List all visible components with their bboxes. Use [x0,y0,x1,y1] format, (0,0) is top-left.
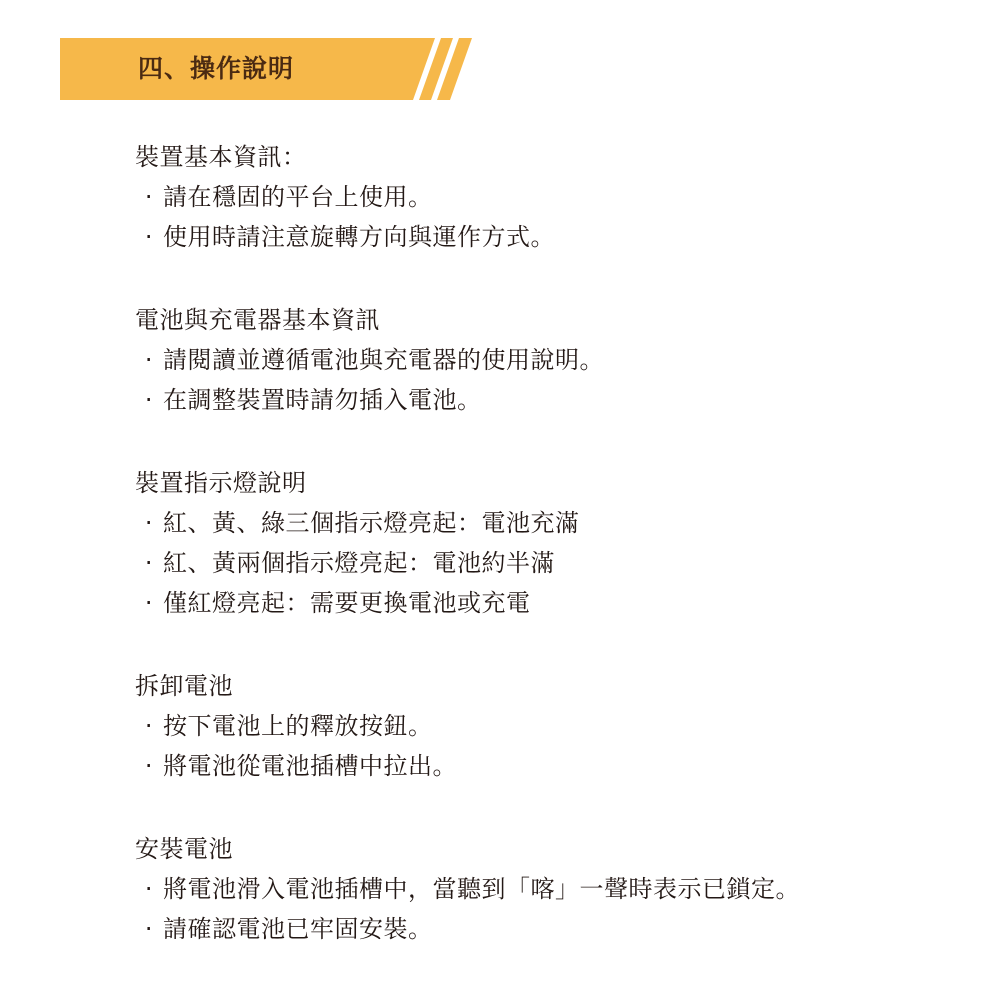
list-item: · 紅、黃兩個指示燈亮起：電池約半滿 [135,543,975,583]
list-item: · 僅紅燈亮起：需要更換電池或充電 [135,583,975,623]
bullet-icon: · [135,503,163,543]
bullet-icon: · [135,869,163,909]
list-item: · 按下電池上的釋放按鈕。 [135,706,975,746]
bullet-icon: · [135,217,163,257]
list-item-text: 僅紅燈亮起：需要更換電池或充電 [163,583,531,623]
section-remove-battery: 拆卸電池 · 按下電池上的釋放按鈕。 · 將電池從電池插槽中拉出。 [135,666,975,786]
list-item: · 將電池從電池插槽中拉出。 [135,746,975,786]
bullet-icon: · [135,380,163,420]
bullet-icon: · [135,909,163,949]
bullet-icon: · [135,543,163,583]
list-item-text: 紅、黃、綠三個指示燈亮起：電池充滿 [163,503,580,543]
list-item-text: 使用時請注意旋轉方向與運作方式。 [163,217,555,257]
section-battery-charger-info: 電池與充電器基本資訊 · 請閱讀並遵循電池與充電器的使用說明。 · 在調整裝置時… [135,300,975,420]
section-device-info: 裝置基本資訊： · 請在穩固的平台上使用。 · 使用時請注意旋轉方向與運作方式。 [135,137,975,257]
bullet-icon: · [135,340,163,380]
list-item: · 使用時請注意旋轉方向與運作方式。 [135,217,975,257]
section-install-battery: 安裝電池 · 將電池滑入電池插槽中，當聽到「喀」一聲時表示已鎖定。 · 請確認電… [135,829,975,949]
section-heading: 裝置基本資訊： [135,137,975,177]
list-item: · 紅、黃、綠三個指示燈亮起：電池充滿 [135,503,975,543]
bullet-icon: · [135,706,163,746]
list-item: · 在調整裝置時請勿插入電池。 [135,380,975,420]
section-banner: 四、操作說明 [60,38,472,100]
section-heading: 安裝電池 [135,829,975,869]
list-item-text: 在調整裝置時請勿插入電池。 [163,380,482,420]
list-item-text: 將電池從電池插槽中拉出。 [163,746,457,786]
section-heading: 電池與充電器基本資訊 [135,300,975,340]
list-item-text: 紅、黃兩個指示燈亮起：電池約半滿 [163,543,555,583]
list-item-text: 請閱讀並遵循電池與充電器的使用說明。 [163,340,604,380]
page-title: 四、操作說明 [138,38,294,100]
bullet-icon: · [135,177,163,217]
bullet-icon: · [135,583,163,623]
bullet-icon: · [135,746,163,786]
list-item-text: 按下電池上的釋放按鈕。 [163,706,433,746]
section-heading: 拆卸電池 [135,666,975,706]
section-heading: 裝置指示燈說明 [135,463,975,503]
section-indicator-lights: 裝置指示燈說明 · 紅、黃、綠三個指示燈亮起：電池充滿 · 紅、黃兩個指示燈亮起… [135,463,975,623]
list-item: · 將電池滑入電池插槽中，當聽到「喀」一聲時表示已鎖定。 [135,869,975,909]
list-item-text: 請確認電池已牢固安裝。 [163,909,433,949]
instructions-content: 裝置基本資訊： · 請在穩固的平台上使用。 · 使用時請注意旋轉方向與運作方式。… [135,137,975,992]
list-item: · 請確認電池已牢固安裝。 [135,909,975,949]
list-item: · 請在穩固的平台上使用。 [135,177,975,217]
list-item-text: 將電池滑入電池插槽中，當聽到「喀」一聲時表示已鎖定。 [163,869,800,909]
list-item: · 請閱讀並遵循電池與充電器的使用說明。 [135,340,975,380]
list-item-text: 請在穩固的平台上使用。 [163,177,433,217]
